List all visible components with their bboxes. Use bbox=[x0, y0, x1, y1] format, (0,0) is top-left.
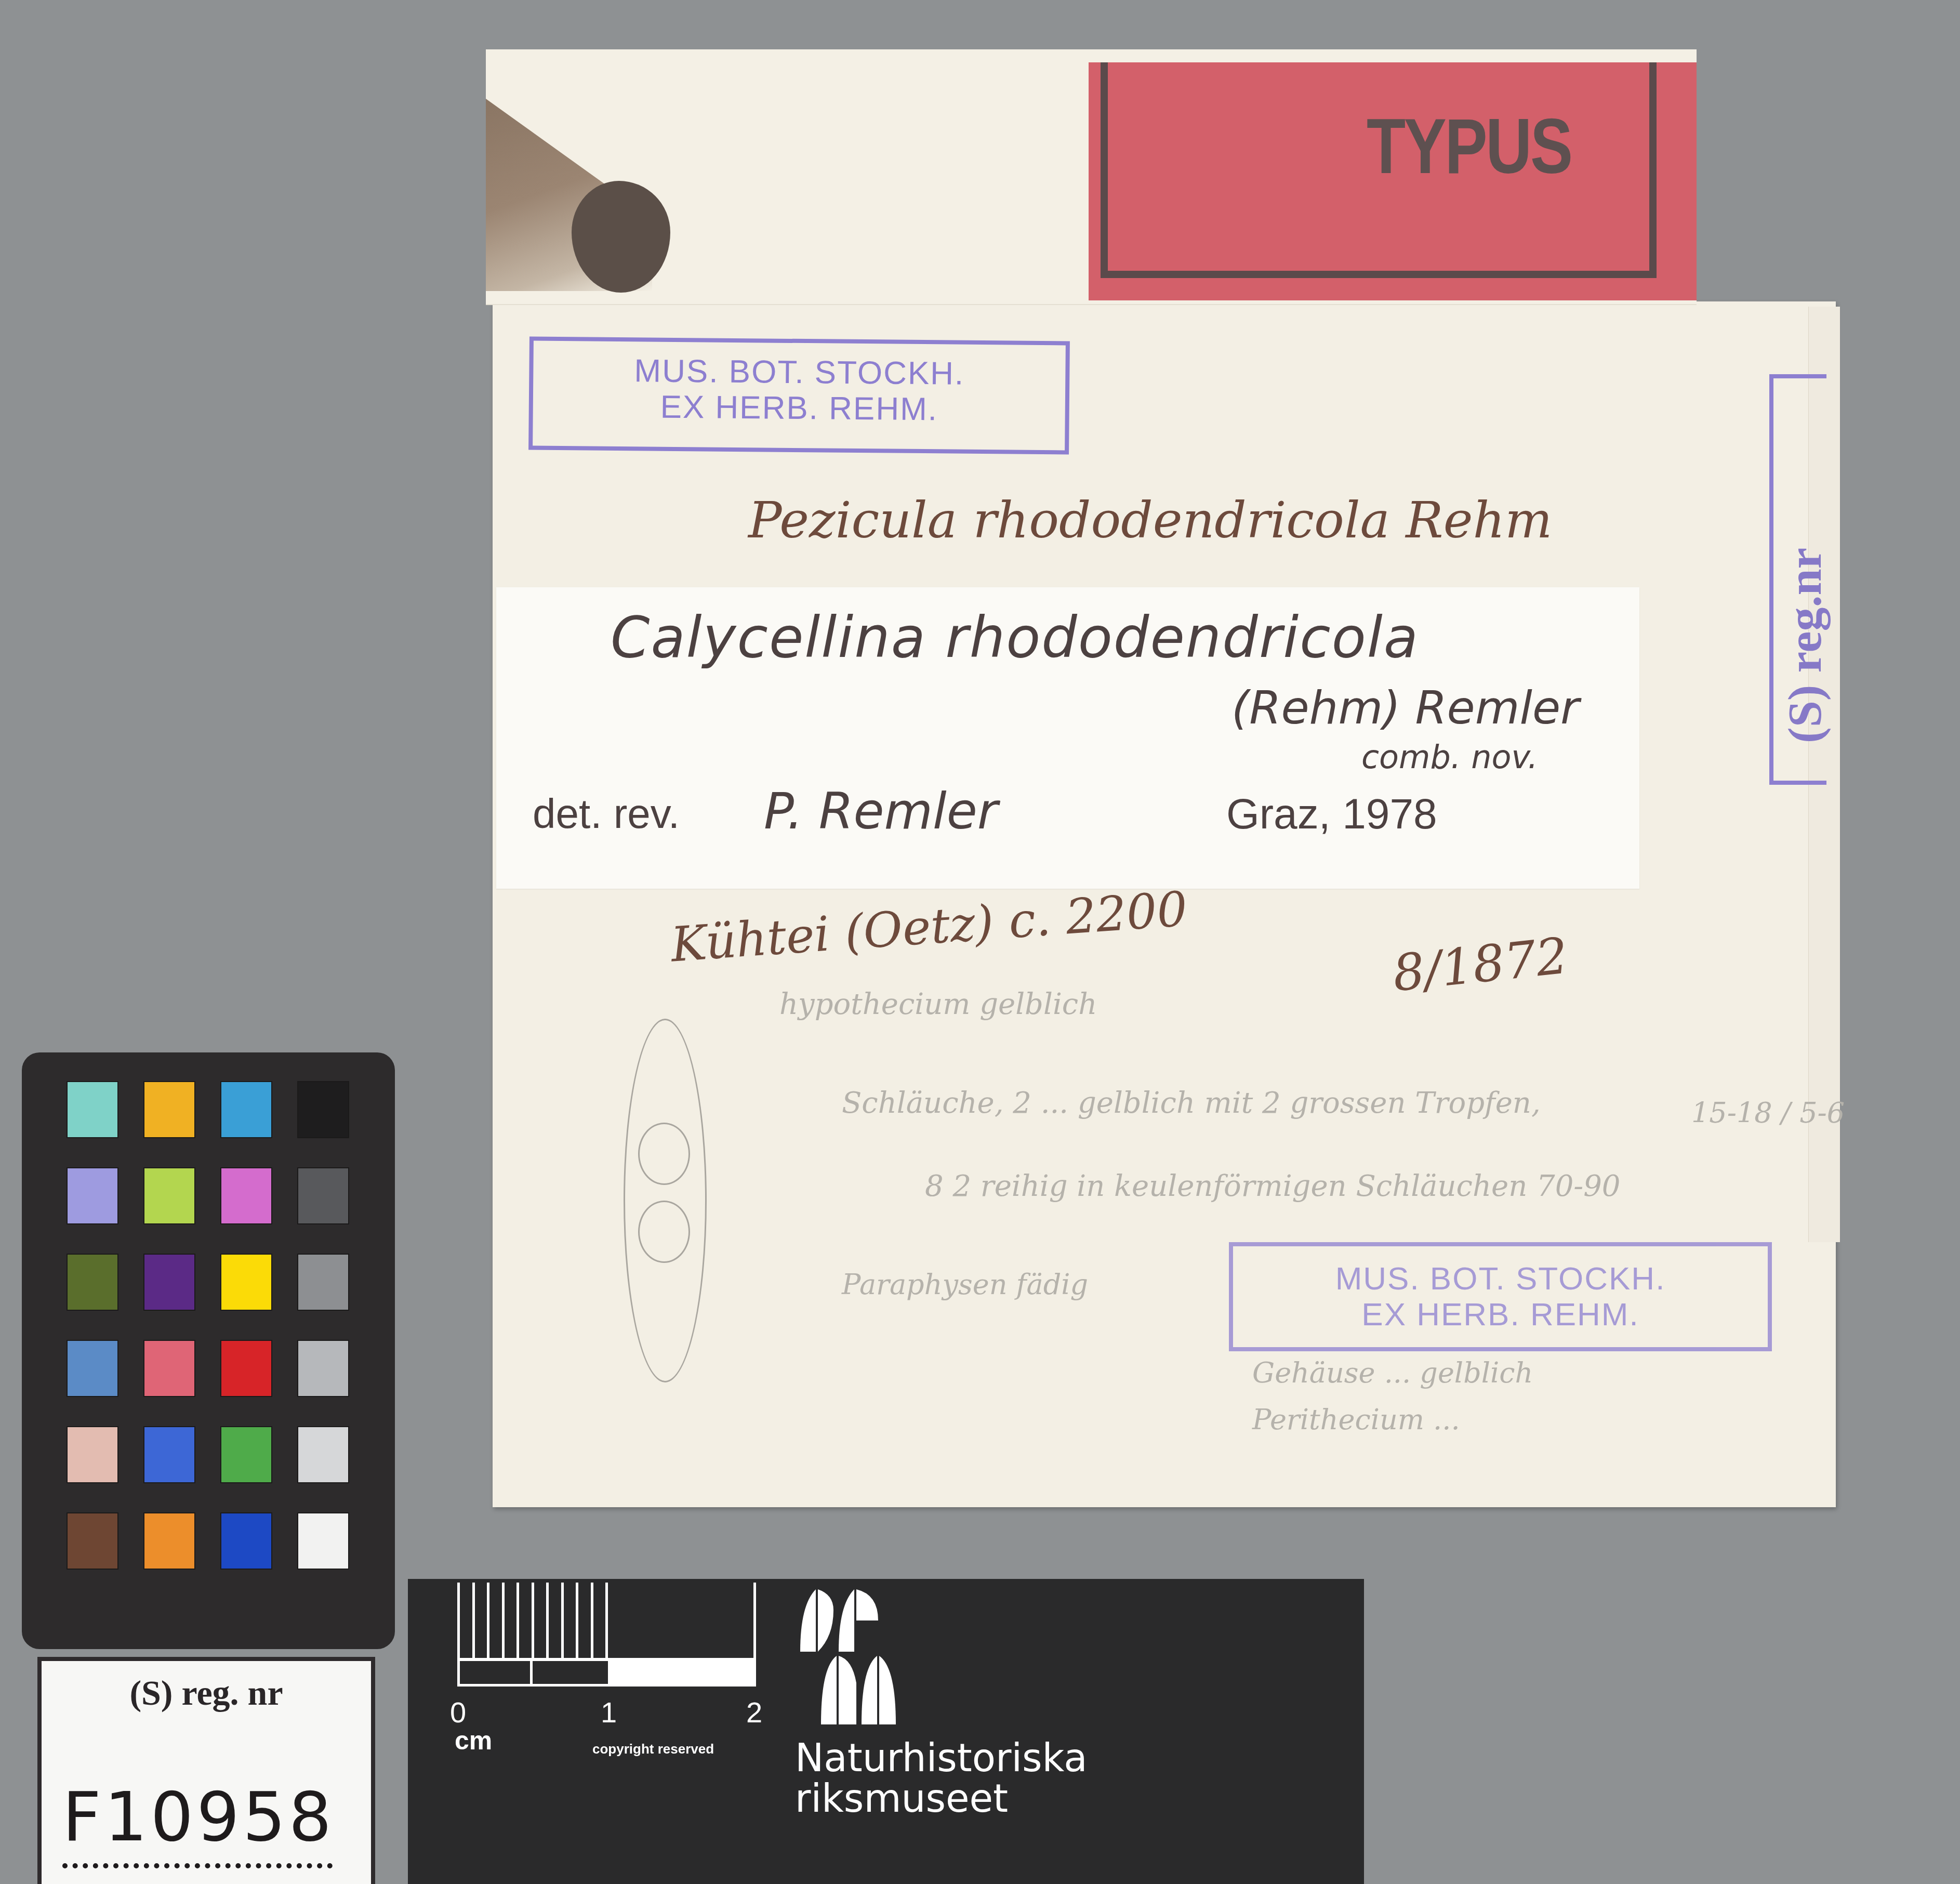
det-place-year: Graz, 1978 bbox=[1226, 790, 1437, 839]
scale-unit: cm bbox=[455, 1725, 492, 1756]
pencil-note-3: 8 2 reihig in keulenförmigen Schläuchen … bbox=[925, 1169, 1620, 1203]
stamp-line-2: EX HERB. REHM. bbox=[533, 388, 1065, 429]
color-swatch bbox=[67, 1081, 118, 1138]
pencil-note-measure: 15-18 / 5-6 bbox=[1691, 1097, 1845, 1129]
pencil-note-1: hypothecium gelblich bbox=[779, 987, 1097, 1021]
determiner-signature: P. Remler bbox=[764, 782, 998, 840]
pencil-note-6: Perithecium ... bbox=[1252, 1403, 1460, 1436]
reg-stamp-side-text: (S) reg.nr bbox=[1777, 548, 1832, 743]
nomenclatural-status: comb. nov. bbox=[1361, 738, 1538, 776]
color-swatch bbox=[297, 1340, 349, 1397]
stamp-line-1: MUS. BOT. STOCKH. bbox=[533, 352, 1066, 393]
color-swatch bbox=[220, 1081, 272, 1138]
color-swatch bbox=[143, 1081, 195, 1138]
color-swatch bbox=[67, 1254, 118, 1311]
herbarium-stamp-top: MUS. BOT. STOCKH. EX HERB. REHM. bbox=[528, 336, 1070, 454]
color-swatch bbox=[143, 1340, 195, 1397]
color-swatch bbox=[67, 1426, 118, 1483]
reg-dotted-line bbox=[62, 1863, 333, 1868]
reg-number: F10958 bbox=[62, 1777, 335, 1856]
oil-drop-drawing bbox=[638, 1201, 690, 1263]
pencil-note-5: Gehäuse ... gelblich bbox=[1252, 1356, 1533, 1389]
scale-tick-0: 0 bbox=[450, 1695, 466, 1729]
original-name-handwritten: Peziculа rhododendricola Rehm bbox=[748, 491, 1552, 549]
color-swatch bbox=[297, 1254, 349, 1311]
color-swatch bbox=[220, 1340, 272, 1397]
museum-name: Naturhistoriska riksmuseet bbox=[795, 1738, 1087, 1819]
stamp-line-1: MUS. BOT. STOCKH. bbox=[1233, 1261, 1768, 1297]
scale-bar-white-block bbox=[608, 1661, 754, 1685]
copyright-text: copyright reserved bbox=[592, 1741, 714, 1757]
scale-bar-half-tick bbox=[530, 1661, 533, 1686]
museum-logo-icon bbox=[800, 1589, 925, 1724]
color-swatch bbox=[143, 1426, 195, 1483]
color-swatch bbox=[220, 1512, 272, 1570]
museum-name-line-1: Naturhistoriska bbox=[795, 1738, 1087, 1779]
color-swatch bbox=[143, 1167, 195, 1224]
color-swatch-grid bbox=[67, 1081, 349, 1570]
taxon-name: Calycellina rhododendricola bbox=[611, 605, 1419, 670]
museum-name-line-2: riksmuseet bbox=[795, 1779, 1087, 1820]
color-swatch bbox=[220, 1426, 272, 1483]
herbarium-stamp-bottom: MUS. BOT. STOCKH. EX HERB. REHM. bbox=[1229, 1242, 1772, 1351]
color-swatch bbox=[220, 1254, 272, 1311]
color-swatch bbox=[143, 1254, 195, 1311]
typus-text: TYPUS bbox=[1367, 101, 1571, 191]
color-swatch bbox=[220, 1167, 272, 1224]
color-swatch bbox=[67, 1167, 118, 1224]
oil-drop-drawing bbox=[638, 1123, 690, 1185]
color-swatch bbox=[297, 1426, 349, 1483]
scale-tick-2: 2 bbox=[746, 1695, 762, 1729]
scale-tick-1: 1 bbox=[601, 1695, 617, 1729]
color-swatch bbox=[67, 1512, 118, 1570]
color-swatch bbox=[297, 1512, 349, 1570]
scale-bar-fine-ticks bbox=[457, 1583, 608, 1661]
stamp-line-2: EX HERB. REHM. bbox=[1233, 1297, 1768, 1333]
color-swatch bbox=[297, 1081, 349, 1138]
color-swatch bbox=[297, 1167, 349, 1224]
color-swatch bbox=[143, 1512, 195, 1570]
taxon-authority: (Rehm) Remler bbox=[1231, 681, 1579, 734]
det-rev-prefix: det. rev. bbox=[533, 790, 680, 838]
pencil-note-2: Schläuche, 2 ... gelblich mit 2 grossen … bbox=[842, 1086, 1541, 1120]
reg-label-title: (S) reg. nr bbox=[37, 1672, 375, 1714]
pencil-note-4: Paraphysen fädig bbox=[842, 1268, 1088, 1301]
color-swatch bbox=[67, 1340, 118, 1397]
